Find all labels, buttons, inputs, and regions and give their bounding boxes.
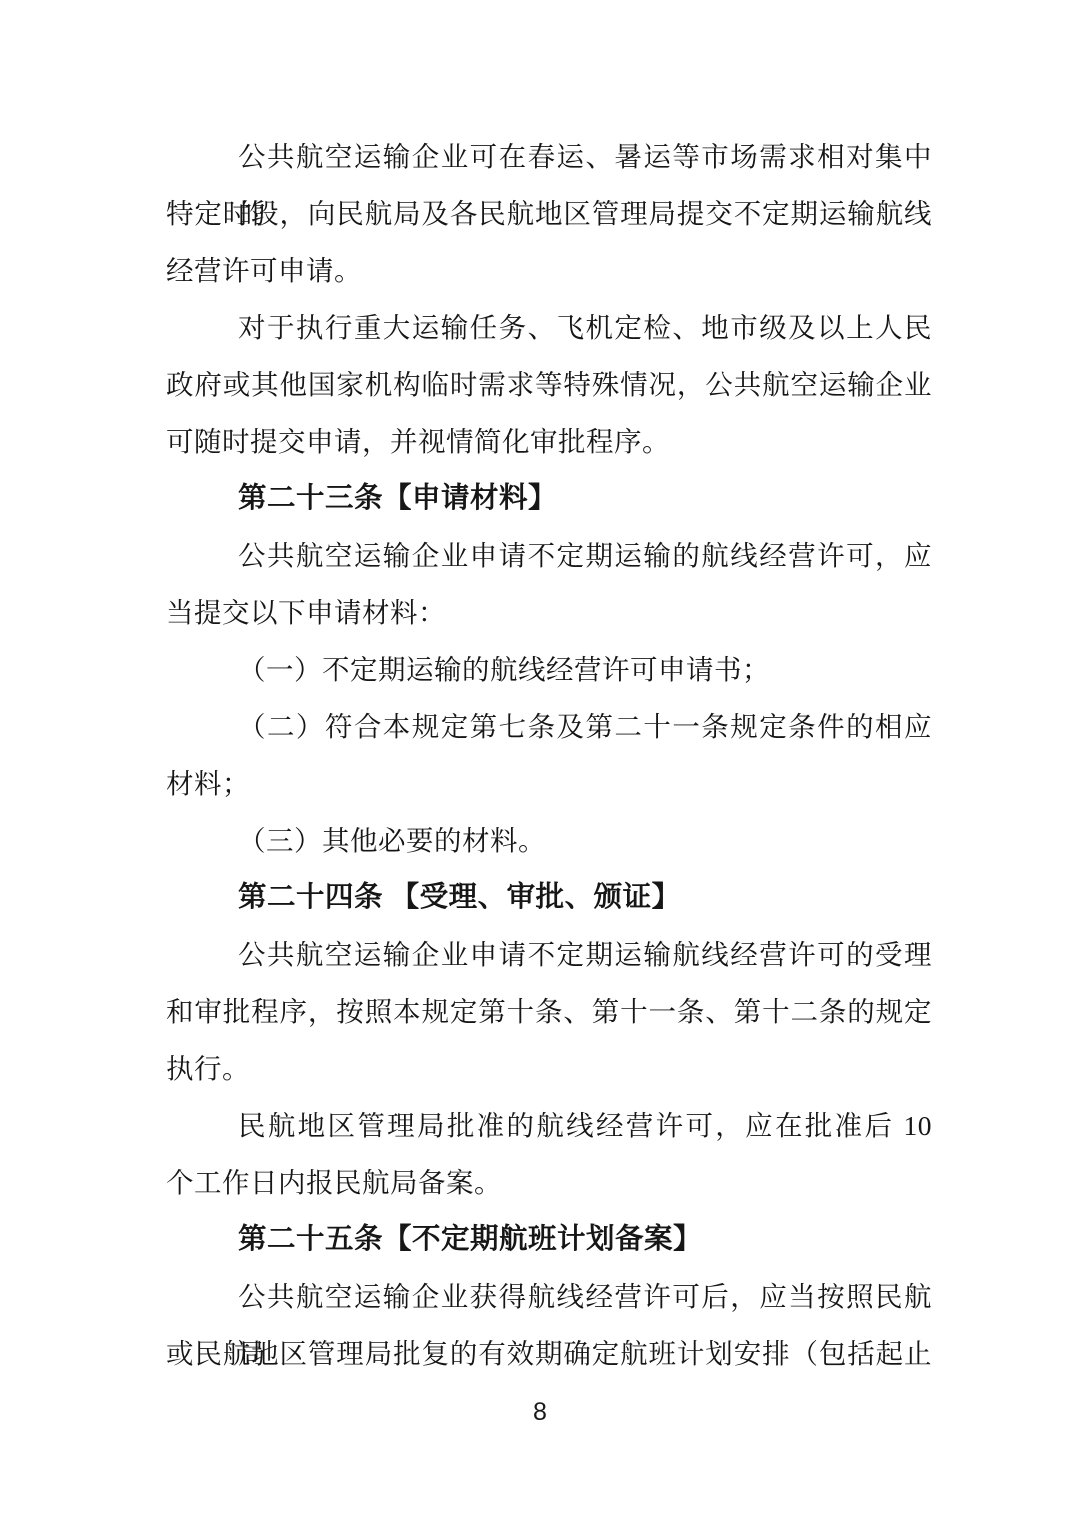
- text-line: 材料；: [166, 755, 932, 812]
- page-number: 8: [0, 1398, 1080, 1427]
- text-line: 政府或其他国家机构临时需求等特殊情况，公共航空运输企业: [166, 356, 932, 413]
- text-line: （一）不定期运输的航线经营许可申请书；: [166, 641, 932, 698]
- text-line: 公共航空运输企业获得航线经营许可后，应当按照民航局: [166, 1268, 932, 1325]
- text-line: 或民航地区管理局批复的有效期确定航班计划安排（包括起止: [166, 1325, 932, 1382]
- text-line: 公共航空运输企业申请不定期运输的航线经营许可，应: [166, 527, 932, 584]
- text-line: 特定时段，向民航局及各民航地区管理局提交不定期运输航线: [166, 185, 932, 242]
- text-content: 公共航空运输企业可在春运、暑运等市场需求相对集中的特定时段，向民航局及各民航地区…: [166, 128, 932, 1382]
- text-line: 公共航空运输企业可在春运、暑运等市场需求相对集中的: [166, 128, 932, 185]
- text-line: 公共航空运输企业申请不定期运输航线经营许可的受理: [166, 926, 932, 983]
- text-line: 个工作日内报民航局备案。: [166, 1154, 932, 1211]
- text-line: 民航地区管理局批准的航线经营许可，应在批准后 10: [166, 1097, 932, 1154]
- text-line: （二）符合本规定第七条及第二十一条规定条件的相应: [166, 698, 932, 755]
- text-line: 执行。: [166, 1040, 932, 1097]
- text-line: 当提交以下申请材料：: [166, 584, 932, 641]
- document-page: 公共航空运输企业可在春运、暑运等市场需求相对集中的特定时段，向民航局及各民航地区…: [0, 0, 1080, 1526]
- article-heading-line: 第二十四条 【受理、审批、颁证】: [166, 869, 932, 926]
- article-heading-line: 第二十五条【不定期航班计划备案】: [166, 1211, 932, 1268]
- text-line: 和审批程序，按照本规定第十条、第十一条、第十二条的规定: [166, 983, 932, 1040]
- text-line: 可随时提交申请，并视情简化审批程序。: [166, 413, 932, 470]
- article-heading-line: 第二十三条【申请材料】: [166, 470, 932, 527]
- text-line: 经营许可申请。: [166, 242, 932, 299]
- text-line: 对于执行重大运输任务、飞机定检、地市级及以上人民: [166, 299, 932, 356]
- text-line: （三）其他必要的材料。: [166, 812, 932, 869]
